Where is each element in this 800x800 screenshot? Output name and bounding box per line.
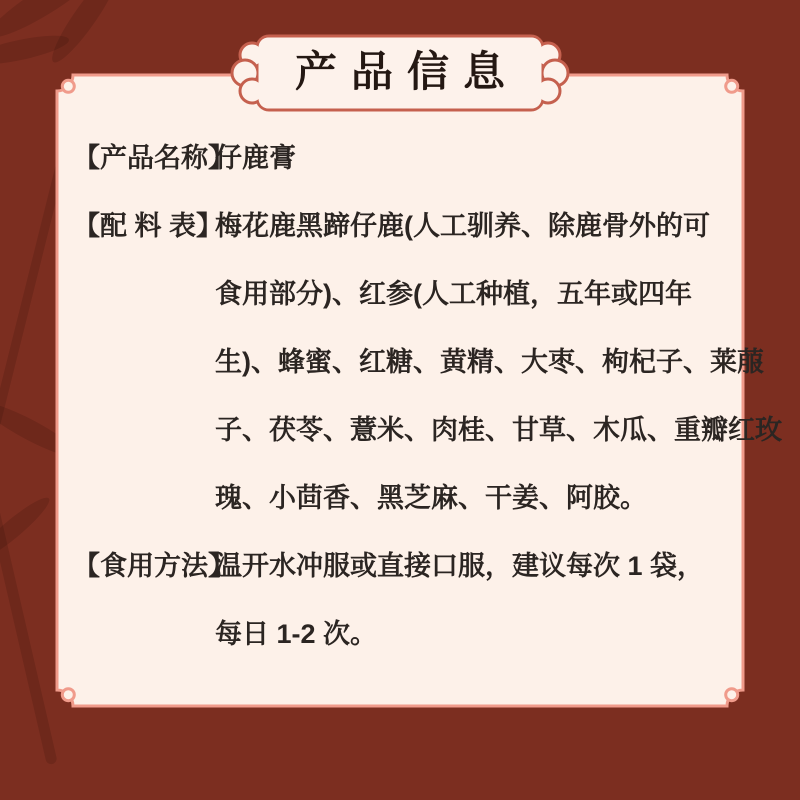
info-row-ingredients: 生)、蜂蜜、红糖、黄精、大枣、枸杞子、莱菔 — [73, 328, 735, 396]
card-corner-bump — [726, 689, 738, 701]
field-value: 每日 1-2 次。 — [215, 619, 377, 649]
product-info-block: 【产品名称】仔鹿膏 【配 料 表】梅花鹿黑蹄仔鹿(人工驯养、除鹿骨外的可 食用部… — [73, 124, 735, 668]
field-value: 生)、蜂蜜、红糖、黄精、大枣、枸杞子、莱菔 — [215, 347, 764, 377]
field-label: 【食用方法】 — [73, 532, 215, 600]
card-corner-bump — [62, 689, 74, 701]
info-row-ingredients: 【配 料 表】梅花鹿黑蹄仔鹿(人工驯养、除鹿骨外的可 — [73, 192, 735, 260]
field-value: 子、茯苓、薏米、肉桂、甘草、木瓜、重瓣红玫 — [215, 415, 782, 445]
info-row-product-name: 【产品名称】仔鹿膏 — [73, 124, 735, 192]
field-value: 食用部分)、红参(人工种植，五年或四年 — [215, 279, 692, 309]
info-row-usage: 【食用方法】温开水冲服或直接口服，建议每次 1 袋， — [73, 532, 735, 600]
field-value: 温开水冲服或直接口服，建议每次 1 袋， — [215, 551, 704, 581]
info-row-ingredients: 瑰、小茴香、黑芝麻、干姜、阿胶。 — [73, 464, 735, 532]
info-row-ingredients: 食用部分)、红参(人工种植，五年或四年 — [73, 260, 735, 328]
info-row-ingredients: 子、茯苓、薏米、肉桂、甘草、木瓜、重瓣红玫 — [73, 396, 735, 464]
field-label: 【产品名称】 — [73, 124, 215, 192]
page-background: 产品信息 【产品名称】仔鹿膏 【配 料 表】梅花鹿黑蹄仔鹿(人工驯养、除鹿骨外的… — [0, 0, 800, 800]
field-label: 【配 料 表】 — [73, 192, 215, 260]
banner-title: 产品信息 — [0, 48, 800, 98]
field-value: 仔鹿膏 — [215, 143, 296, 173]
field-value: 瑰、小茴香、黑芝麻、干姜、阿胶。 — [215, 483, 647, 513]
info-row-usage: 每日 1-2 次。 — [73, 600, 735, 668]
field-value: 梅花鹿黑蹄仔鹿(人工驯养、除鹿骨外的可 — [215, 211, 710, 241]
